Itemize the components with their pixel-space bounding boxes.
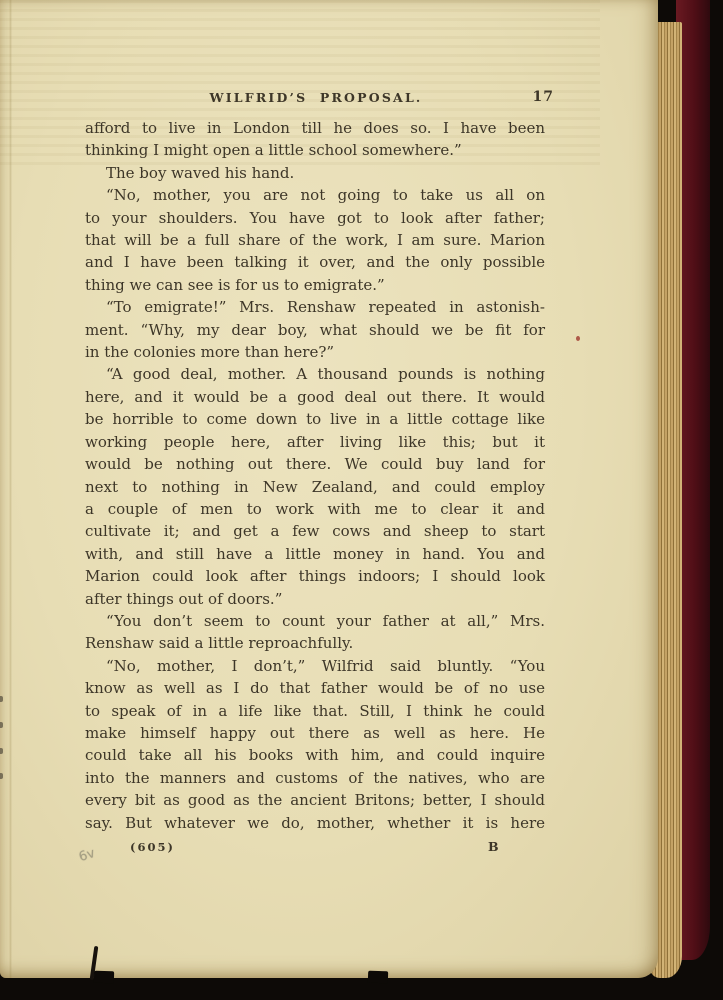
text-line: thing we can see is for us to emigrate.”: [85, 274, 545, 296]
text-line: Renshaw said a little reproachfully.: [85, 632, 545, 654]
text-line: into the manners and customs of the nati…: [85, 767, 545, 789]
text-line: make himself happy out there as well as …: [85, 722, 545, 744]
text-line: say. But whatever we do, mother, whether…: [85, 812, 545, 834]
text-line: know as well as I do that father would b…: [85, 677, 545, 699]
page-fold-line: [9, 0, 12, 978]
printers-plate-mark: (605): [130, 840, 175, 854]
text-line: “No, mother, I don’t,” Wilfrid said blun…: [85, 655, 545, 677]
text-line: Marion could look after things indoors; …: [85, 565, 545, 587]
binding-stitch-mark: [0, 696, 3, 702]
page-number: 17: [533, 89, 554, 105]
binding-stitch-mark: [0, 722, 3, 728]
text-line: every bit as good as the ancient Britons…: [85, 789, 545, 811]
binding-stitch-mark: [0, 773, 3, 779]
binding-stitch-mark: [0, 748, 3, 754]
text-line: “To emigrate!” Mrs. Renshaw repeated in …: [85, 296, 545, 318]
text-line: thinking I might open a little school so…: [85, 139, 545, 161]
text-block: afford to live in London till he does so…: [85, 117, 545, 834]
text-line: be horrible to come down to live in a li…: [85, 408, 545, 430]
scanned-book-page: WILFRID’S PROPOSAL. 17 afford to live in…: [0, 0, 723, 1000]
text-line: “You don’t seem to count your father at …: [85, 610, 545, 632]
bottom-page-notch: [368, 971, 388, 984]
text-line: “No, mother, you are not going to take u…: [85, 184, 545, 206]
text-line: cultivate it; and get a few cows and she…: [85, 520, 545, 542]
text-line: after things out of doors.”: [85, 588, 545, 610]
text-line: next to nothing in New Zealand, and coul…: [85, 476, 545, 498]
bottom-page-notch: [94, 971, 114, 984]
paper-speck: [576, 336, 580, 341]
text-line: to your shoulders. You have got to look …: [85, 207, 545, 229]
text-line: would be nothing out there. We could buy…: [85, 453, 545, 475]
text-line: to speak of in a life like that. Still, …: [85, 700, 545, 722]
running-title: WILFRID’S PROPOSAL.: [85, 90, 547, 105]
text-line: in the colonies more than here?”: [85, 341, 545, 363]
text-line: afford to live in London till he does so…: [85, 117, 545, 139]
text-line: The boy waved his hand.: [85, 162, 545, 184]
page-header: WILFRID’S PROPOSAL. 17: [85, 90, 547, 108]
text-line: working people here, after living like t…: [85, 431, 545, 453]
text-line: and I have been talking it over, and the…: [85, 251, 545, 273]
text-line: a couple of men to work with me to clear…: [85, 498, 545, 520]
text-line: ment. “Why, my dear boy, what should we …: [85, 319, 545, 341]
text-line: “A good deal, mother. A thousand pounds …: [85, 363, 545, 385]
text-line: with, and still have a little money in h…: [85, 543, 545, 565]
text-line: could take all his books with him, and c…: [85, 744, 545, 766]
text-line: here, and it would be a good deal out th…: [85, 386, 545, 408]
printers-signature-mark: B: [488, 839, 499, 854]
text-line: that will be a full share of the work, I…: [85, 229, 545, 251]
